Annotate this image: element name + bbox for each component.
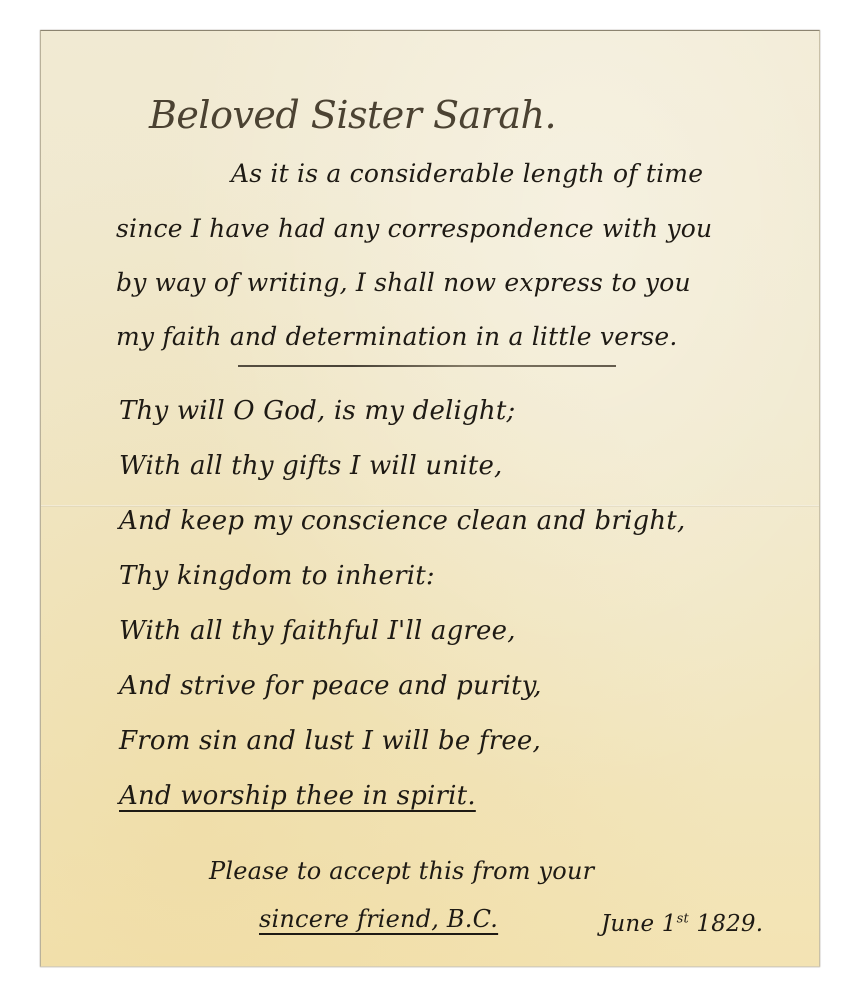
intro-line-4: my faith and determination in a little v… bbox=[116, 322, 678, 351]
verse-line-7: From sin and lust I will be free, bbox=[119, 726, 541, 756]
verse-line-1: Thy will O God, is my delight; bbox=[119, 396, 515, 426]
closing-signature: sincere friend, B.C. bbox=[259, 905, 498, 933]
verse-line-5: With all thy faithful I'll agree, bbox=[119, 616, 516, 646]
intro-line-1: As it is a considerable length of time bbox=[231, 159, 703, 188]
date-month-day: June 1 bbox=[601, 911, 677, 937]
closing-line-1: Please to accept this from your bbox=[209, 857, 594, 885]
section-divider-rule bbox=[238, 365, 616, 367]
intro-line-2: since I have had any correspondence with… bbox=[116, 214, 712, 243]
letter-date: June 1st 1829. bbox=[601, 911, 763, 937]
verse-line-8: And worship thee in spirit. bbox=[119, 781, 476, 811]
salutation: Beloved Sister Sarah. bbox=[149, 93, 556, 137]
verse-line-2: With all thy gifts I will unite, bbox=[119, 451, 503, 481]
intro-line-3: by way of writing, I shall now express t… bbox=[116, 268, 691, 297]
verse-line-6: And strive for peace and purity, bbox=[119, 671, 542, 701]
date-year: 1829. bbox=[696, 911, 763, 937]
verse-line-4: Thy kingdom to inherit: bbox=[119, 561, 435, 591]
date-ordinal: st bbox=[677, 911, 689, 926]
verse-line-3: And keep my conscience clean and bright, bbox=[119, 506, 685, 536]
letter-paper: Beloved Sister Sarah. As it is a conside… bbox=[40, 30, 820, 967]
